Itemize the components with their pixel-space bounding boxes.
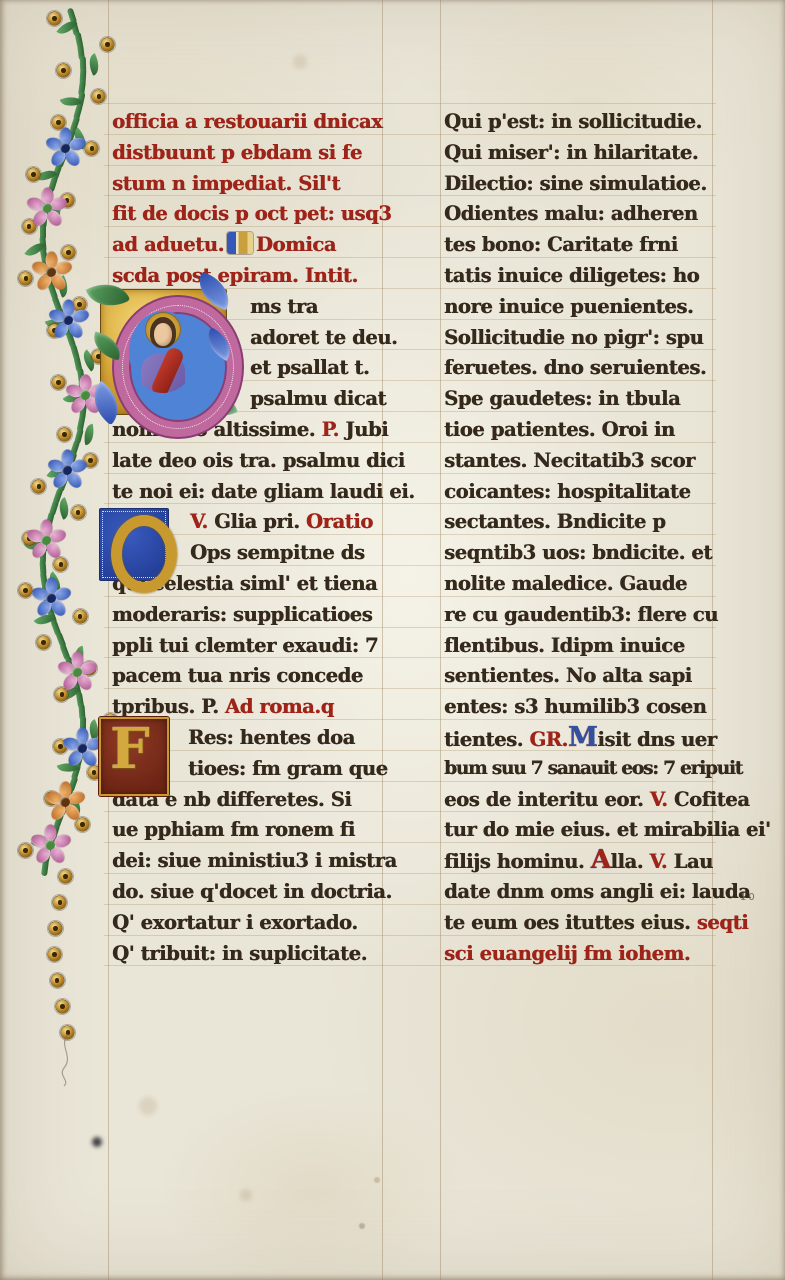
text-line: dei: siue ministiu3 i mistra [112, 845, 397, 876]
gold-bezant [53, 896, 66, 909]
text-line: ms tra [250, 291, 318, 322]
bezant-dot [105, 42, 110, 47]
bezant-dot [60, 1004, 65, 1009]
text-line: stantes. Necitatib3 scor [444, 445, 695, 476]
flower-center [41, 535, 51, 545]
text-segment: dei: siue ministiu3 i mistra [112, 849, 397, 872]
bezant-dot [66, 250, 71, 255]
bezant-dot [77, 302, 82, 307]
flower-center [72, 667, 82, 677]
flower-center [46, 593, 56, 603]
text-segment: ue pphiam fm ronem fi [112, 818, 355, 841]
parchment-stain [359, 1223, 365, 1229]
face [154, 323, 172, 346]
text-segment: sentientes. No alta sapi [444, 664, 692, 687]
text-segment: re cu gaudentib3: flere cu [444, 603, 718, 626]
text-line: coicantes: hospitalitate [444, 476, 690, 507]
text-segment: Lau [667, 850, 713, 873]
bezant-dot [24, 276, 29, 281]
text-segment: tes bono: Caritate frni [444, 233, 678, 256]
text-line: filijs hominu. Alla. V. Lau [444, 845, 713, 876]
text-line: Spe gaudetes: in tbula [444, 383, 680, 414]
flower-center [62, 465, 72, 475]
vine-leaf [82, 424, 96, 446]
parchment-stain [139, 1097, 157, 1115]
bezant-dot [27, 224, 32, 229]
text-segment: distbuunt p ebdam si fe [112, 141, 362, 164]
bezant-dot [23, 588, 28, 593]
bezant-dot [37, 484, 42, 489]
text-segment: A [591, 845, 611, 875]
bezant-dot [31, 172, 36, 177]
text-segment: Cofitea [667, 788, 749, 811]
text-segment: adoret te deu. [250, 326, 397, 349]
text-segment: bum suu 7 sanauit eos: 7 eripuit [444, 758, 742, 779]
text-segment: eos de interitu eor. [444, 788, 650, 811]
flower-center [80, 390, 90, 400]
text-line: sectantes. Bndicite p [444, 506, 665, 537]
text-line: te eum oes ituttes eius. seqti [444, 907, 748, 938]
text-segment: ad aduetu. [112, 233, 224, 256]
text-segment: Jubi [339, 418, 388, 441]
text-segment: pacem tua nris concede [112, 664, 363, 687]
bezant-dot [60, 692, 65, 697]
bezant-dot [97, 94, 102, 99]
text-segment: late deo ois tra. psalmu dici [112, 449, 405, 472]
bezant-dot [41, 640, 46, 645]
text-segment: Res: hentes doa [188, 726, 355, 749]
bezant-dot [56, 380, 61, 385]
text-segment: seqntib3 uos: bndicite. et [444, 541, 712, 564]
text-line: feruetes. dno seruientes. [444, 352, 706, 383]
bezant-dot [62, 432, 67, 437]
text-segment: stum n impediat. Sil't [112, 172, 340, 195]
text-segment: Oratio [306, 510, 373, 533]
text-segment: Qui p'est: in sollicitudie. [444, 110, 702, 133]
text-segment: GR. [529, 728, 567, 751]
text-line: nolite maledice. Gaude [444, 568, 687, 599]
parchment-stain [293, 55, 307, 69]
text-segment: filijs hominu. [444, 850, 591, 873]
text-line: Ops sempitne ds [190, 537, 364, 568]
vertical-ruling-line [108, 0, 109, 1280]
text-segment: moderaris: supplicatioes [112, 603, 372, 626]
text-segment: Q' tribuit: in suplicitate. [112, 942, 367, 965]
bezant-dot [52, 952, 57, 957]
gold-initial-f: F [99, 717, 169, 796]
gold-bezant [101, 38, 114, 51]
text-segment: nolite maledice. Gaude [444, 572, 687, 595]
bezant-dot [53, 926, 58, 931]
text-segment: coicantes: hospitalitate [444, 480, 690, 503]
gold-bezant [37, 636, 50, 649]
text-segment: sci euangelij fm iohem. [444, 942, 690, 965]
text-segment: tientes. [444, 728, 529, 751]
text-line: do. siue q'docet in doctria. [112, 876, 392, 907]
text-line: officia a restouarii dnicax [112, 106, 382, 137]
text-line: re cu gaudentib3: flere cu [444, 599, 718, 630]
gold-bezant [92, 90, 105, 103]
text-line: date dnm oms angli ei: lauda [444, 876, 750, 907]
text-segment: V. [650, 788, 668, 811]
text-line: seqntib3 uos: bndicite. et [444, 537, 712, 568]
bezant-dot [56, 120, 61, 125]
text-segment: nore inuice puenientes. [444, 295, 693, 318]
text-segment: Domica [256, 233, 336, 256]
text-segment: tur do mie eius. et mirabilia ei' [444, 818, 770, 841]
bezant-dot [88, 458, 93, 463]
bezant-dot [59, 562, 64, 567]
text-segment: flentibus. Idipm inuice [444, 634, 685, 657]
paraph-mark: ¶ [227, 232, 253, 254]
text-segment: V. [190, 510, 208, 533]
text-line: bum suu 7 sanauit eos: 7 eripuit [444, 753, 742, 784]
gold-bezant [52, 376, 65, 389]
gold-bezant [19, 584, 32, 597]
historiated-initial-o [100, 289, 227, 415]
text-line: Q' exortatur i exortado. [112, 907, 358, 938]
parchment-stain [374, 1177, 380, 1183]
bezant-dot [61, 68, 66, 73]
vertical-ruling-line [440, 0, 441, 1280]
pen-squiggle [54, 1032, 78, 1088]
text-line: Dilectio: sine simulatioe. [444, 168, 707, 199]
text-line: moderaris: supplicatioes [112, 599, 372, 630]
text-line: te noi ei: date gliam laudi ei. [112, 476, 415, 507]
bezant-dot [80, 822, 85, 827]
text-segment: tpribus. P. [112, 695, 225, 718]
text-segment: te noi ei: date gliam laudi ei. [112, 480, 415, 503]
bezant-dot [55, 978, 60, 983]
text-line: V. Glia pri. Oratio [190, 506, 373, 537]
text-segment: sectantes. Bndicite p [444, 510, 665, 533]
gold-bezant [74, 610, 87, 623]
bezant-dot [63, 874, 68, 879]
text-line: adoret te deu. [250, 322, 397, 353]
gold-bezant [62, 246, 75, 259]
bezant-dot [92, 770, 97, 775]
text-line: eos de interitu eor. V. Cofitea [444, 784, 749, 815]
text-segment: tatis inuice diligetes: ho [444, 264, 699, 287]
text-segment: scda post epiram. Intit. [112, 264, 358, 287]
flower-center [42, 203, 52, 213]
flower-center [60, 797, 70, 807]
gold-bezant [51, 974, 64, 987]
text-line: flentibus. Idipm inuice [444, 630, 685, 661]
text-line: Qui miser': in hilaritate. [444, 137, 698, 168]
text-line: ad aduetu.¶Domica [112, 229, 336, 260]
text-line: Res: hentes doa [188, 722, 355, 753]
vertical-ruling-line [382, 0, 383, 1280]
initial-letter-glyph: F [110, 716, 150, 782]
text-segment: V. [649, 850, 667, 873]
parchment-stain [240, 1189, 252, 1201]
bezant-dot [90, 146, 95, 151]
text-segment: Ad roma.q [225, 695, 334, 718]
text-segment: tioe patientes. Oroi in [444, 418, 675, 441]
gold-bezant [56, 1000, 69, 1013]
text-line: Odientes malu: adheren [444, 198, 698, 229]
text-line: distbuunt p ebdam si fe [112, 137, 362, 168]
text-line: tatis inuice diligetes: ho [444, 260, 699, 291]
text-line: Q' tribuit: in suplicitate. [112, 938, 367, 969]
text-segment: psalmu dicat [250, 387, 386, 410]
text-segment: feruetes. dno seruientes. [444, 356, 706, 379]
horizontal-ruling-line [104, 103, 716, 104]
gold-bezant [19, 272, 32, 285]
text-line: tur do mie eius. et mirabilia ei' [444, 814, 770, 845]
text-line: late deo ois tra. psalmu dici [112, 445, 405, 476]
text-segment: Ops sempitne ds [190, 541, 364, 564]
gold-initial-o [99, 508, 169, 581]
bezant-dot [52, 16, 57, 21]
vine-leaf [85, 53, 103, 76]
bezant-dot [76, 510, 81, 515]
text-segment: stantes. Necitatib3 scor [444, 449, 695, 472]
text-segment: isit dns uer [597, 728, 716, 751]
gold-bezant [48, 948, 61, 961]
parchment-stain [92, 1137, 102, 1147]
gold-bezant [48, 12, 61, 25]
text-line: pacem tua nris concede [112, 660, 363, 691]
gold-bezant [59, 870, 72, 883]
text-segment: Q' exortatur i exortado. [112, 911, 358, 934]
text-segment: M [568, 722, 598, 753]
text-segment: entes: s3 humilib3 cosen [444, 695, 706, 718]
text-segment: P. [321, 418, 338, 441]
vertical-ruling-line [712, 0, 713, 1280]
initial-letter-body [111, 515, 177, 593]
gold-bezant [58, 428, 71, 441]
text-line: stum n impediat. Sil't [112, 168, 340, 199]
text-line: ppli tui clemter exaudi: 7 [112, 630, 378, 661]
text-line: et psallat t. [250, 352, 369, 383]
text-line: tioe patientes. Oroi in [444, 414, 675, 445]
text-line: Sollicitudie no pigr': spu [444, 322, 703, 353]
text-segment: lla. [610, 850, 649, 873]
gold-bezant [85, 142, 98, 155]
text-segment: Odientes malu: adheren [444, 202, 698, 225]
bezant-dot [78, 614, 83, 619]
text-segment: Qui miser': in hilaritate. [444, 141, 698, 164]
text-segment: te eum oes ituttes eius. [444, 911, 697, 934]
text-segment: date dnm oms angli ei: lauda [444, 880, 750, 903]
text-line: sci euangelij fm iohem. [444, 938, 690, 969]
text-segment: fit de docis p oct pet: usq3 [112, 202, 391, 225]
text-segment: Sollicitudie no pigr': spu [444, 326, 703, 349]
bezant-dot [58, 744, 63, 749]
gold-bezant [57, 64, 70, 77]
text-segment: ppli tui clemter exaudi: 7 [112, 634, 378, 657]
text-segment: ms tra [250, 295, 318, 318]
gold-bezant [49, 922, 62, 935]
text-segment: seqti [697, 911, 748, 934]
text-line: tioes: fm gram que [188, 753, 388, 784]
text-segment: do. siue q'docet in doctria. [112, 880, 392, 903]
gold-bezant [19, 844, 32, 857]
manuscript-page: officia a restouarii dnicaxdistbuunt p e… [0, 0, 785, 1280]
gold-bezant [72, 506, 85, 519]
text-line: tientes. GR.Misit dns uer [444, 722, 717, 753]
text-segment: et psallat t. [250, 356, 369, 379]
text-line: Qui p'est: in sollicitudie. [444, 106, 702, 137]
text-segment: Spe gaudetes: in tbula [444, 387, 680, 410]
text-line: fit de docis p oct pet: usq3 [112, 198, 391, 229]
text-line: ue pphiam fm ronem fi [112, 814, 355, 845]
text-line: entes: s3 humilib3 cosen [444, 691, 706, 722]
text-segment: Glia pri. [208, 510, 306, 533]
gold-bezant [32, 480, 45, 493]
text-segment: tioes: fm gram que [188, 757, 388, 780]
text-line: nore inuice puenientes. [444, 291, 693, 322]
saint-portrait [129, 311, 197, 393]
text-line: psalmu dicat [250, 383, 386, 414]
bezant-dot [23, 848, 28, 853]
text-line: sentientes. No alta sapi [444, 660, 692, 691]
text-line: scda post epiram. Intit. [112, 260, 358, 291]
gold-bezant [54, 558, 67, 571]
text-segment: officia a restouarii dnicax [112, 110, 382, 133]
bezant-dot [58, 900, 63, 905]
text-segment: Dilectio: sine simulatioe. [444, 172, 707, 195]
gold-bezant [76, 818, 89, 831]
margin-annotation: 10 [740, 892, 757, 903]
text-line: tes bono: Caritate frni [444, 229, 678, 260]
